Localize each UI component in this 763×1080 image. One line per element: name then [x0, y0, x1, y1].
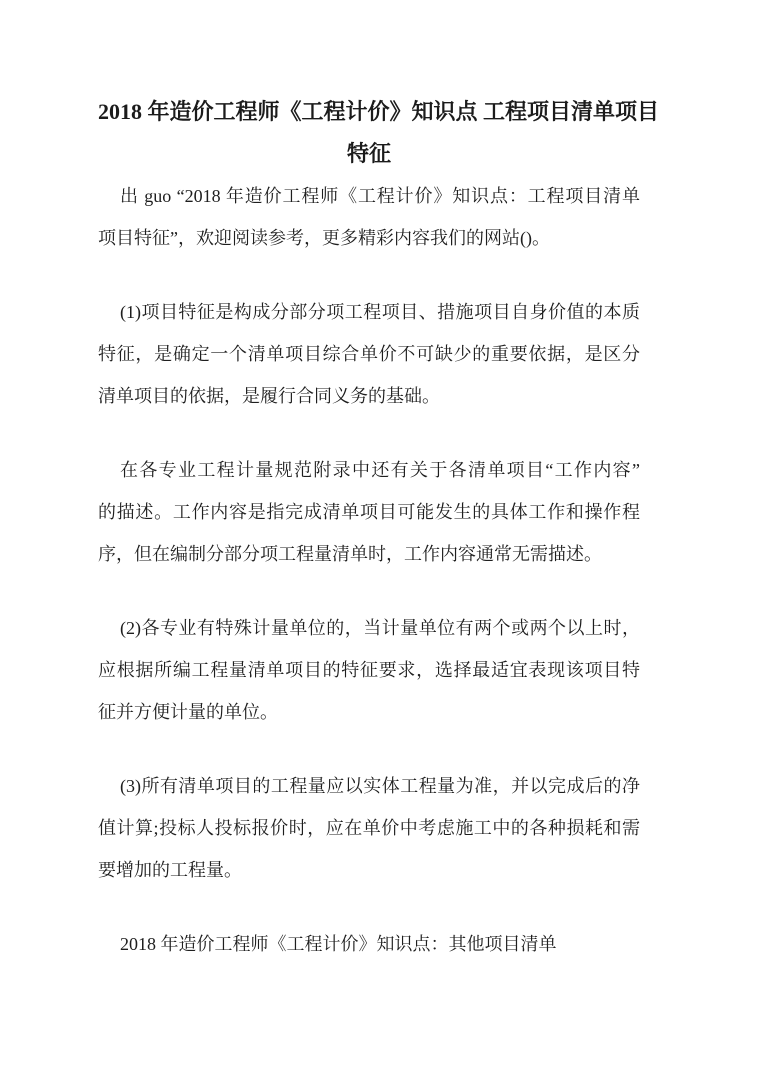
- paragraph: (2)各专业有特殊计量单位的，当计量单位有两个或两个以上时，应根据所编工程量清单…: [98, 607, 640, 733]
- title-line: 特征: [98, 133, 640, 175]
- paragraph: 在各专业工程计量规范附录中还有关于各清单项目“工作内容”的描述。工作内容是指完成…: [98, 449, 640, 575]
- paragraph: 出 guo “2018 年造价工程师《工程计价》知识点：工程项目清单项目特征”，…: [98, 175, 640, 259]
- paragraph: (3)所有清单项目的工程量应以实体工程量为准，并以完成后的净值计算;投标人投标报…: [98, 765, 640, 891]
- paragraph: 2018 年造价工程师《工程计价》知识点：其他项目清单: [98, 923, 640, 965]
- document-body: 出 guo “2018 年造价工程师《工程计价》知识点：工程项目清单项目特征”，…: [98, 175, 640, 965]
- title-line: 2018 年造价工程师《工程计价》知识点 工程项目清单项目: [98, 91, 640, 133]
- document-content: 2018 年造价工程师《工程计价》知识点 工程项目清单项目特征 出 guo “2…: [98, 91, 640, 965]
- document-page: 2018 年造价工程师《工程计价》知识点 工程项目清单项目特征 出 guo “2…: [0, 0, 763, 1080]
- paragraph-line: 应根据所编工程量清单项目的特征要求，选择最适宜表现该项目特: [98, 649, 640, 691]
- paragraph-line: (1)项目特征是构成分部分项工程项目、措施项目自身价值的本质: [98, 291, 640, 333]
- paragraph-line: 值计算;投标人投标报价时，应在单价中考虑施工中的各种损耗和需: [98, 807, 640, 849]
- paragraph-line: 要增加的工程量。: [98, 849, 640, 891]
- paragraph-line: 清单项目的依据，是履行合同义务的基础。: [98, 375, 640, 417]
- paragraph-line: 出 guo “2018 年造价工程师《工程计价》知识点：工程项目清单: [98, 175, 640, 217]
- paragraph-line: 征并方便计量的单位。: [98, 691, 640, 733]
- paragraph-line: (3)所有清单项目的工程量应以实体工程量为准，并以完成后的净: [98, 765, 640, 807]
- paragraph-line: (2)各专业有特殊计量单位的，当计量单位有两个或两个以上时，: [98, 607, 640, 649]
- paragraph-line: 在各专业工程计量规范附录中还有关于各清单项目“工作内容”: [98, 449, 640, 491]
- document-title: 2018 年造价工程师《工程计价》知识点 工程项目清单项目特征: [98, 91, 640, 175]
- paragraph-line: 2018 年造价工程师《工程计价》知识点：其他项目清单: [98, 923, 640, 965]
- paragraph-line: 项目特征”，欢迎阅读参考，更多精彩内容我们的网站()。: [98, 217, 640, 259]
- paragraph-line: 特征，是确定一个清单项目综合单价不可缺少的重要依据，是区分: [98, 333, 640, 375]
- paragraph: (1)项目特征是构成分部分项工程项目、措施项目自身价值的本质特征，是确定一个清单…: [98, 291, 640, 417]
- paragraph-line: 序，但在编制分部分项工程量清单时，工作内容通常无需描述。: [98, 533, 640, 575]
- paragraph-line: 的描述。工作内容是指完成清单项目可能发生的具体工作和操作程: [98, 491, 640, 533]
